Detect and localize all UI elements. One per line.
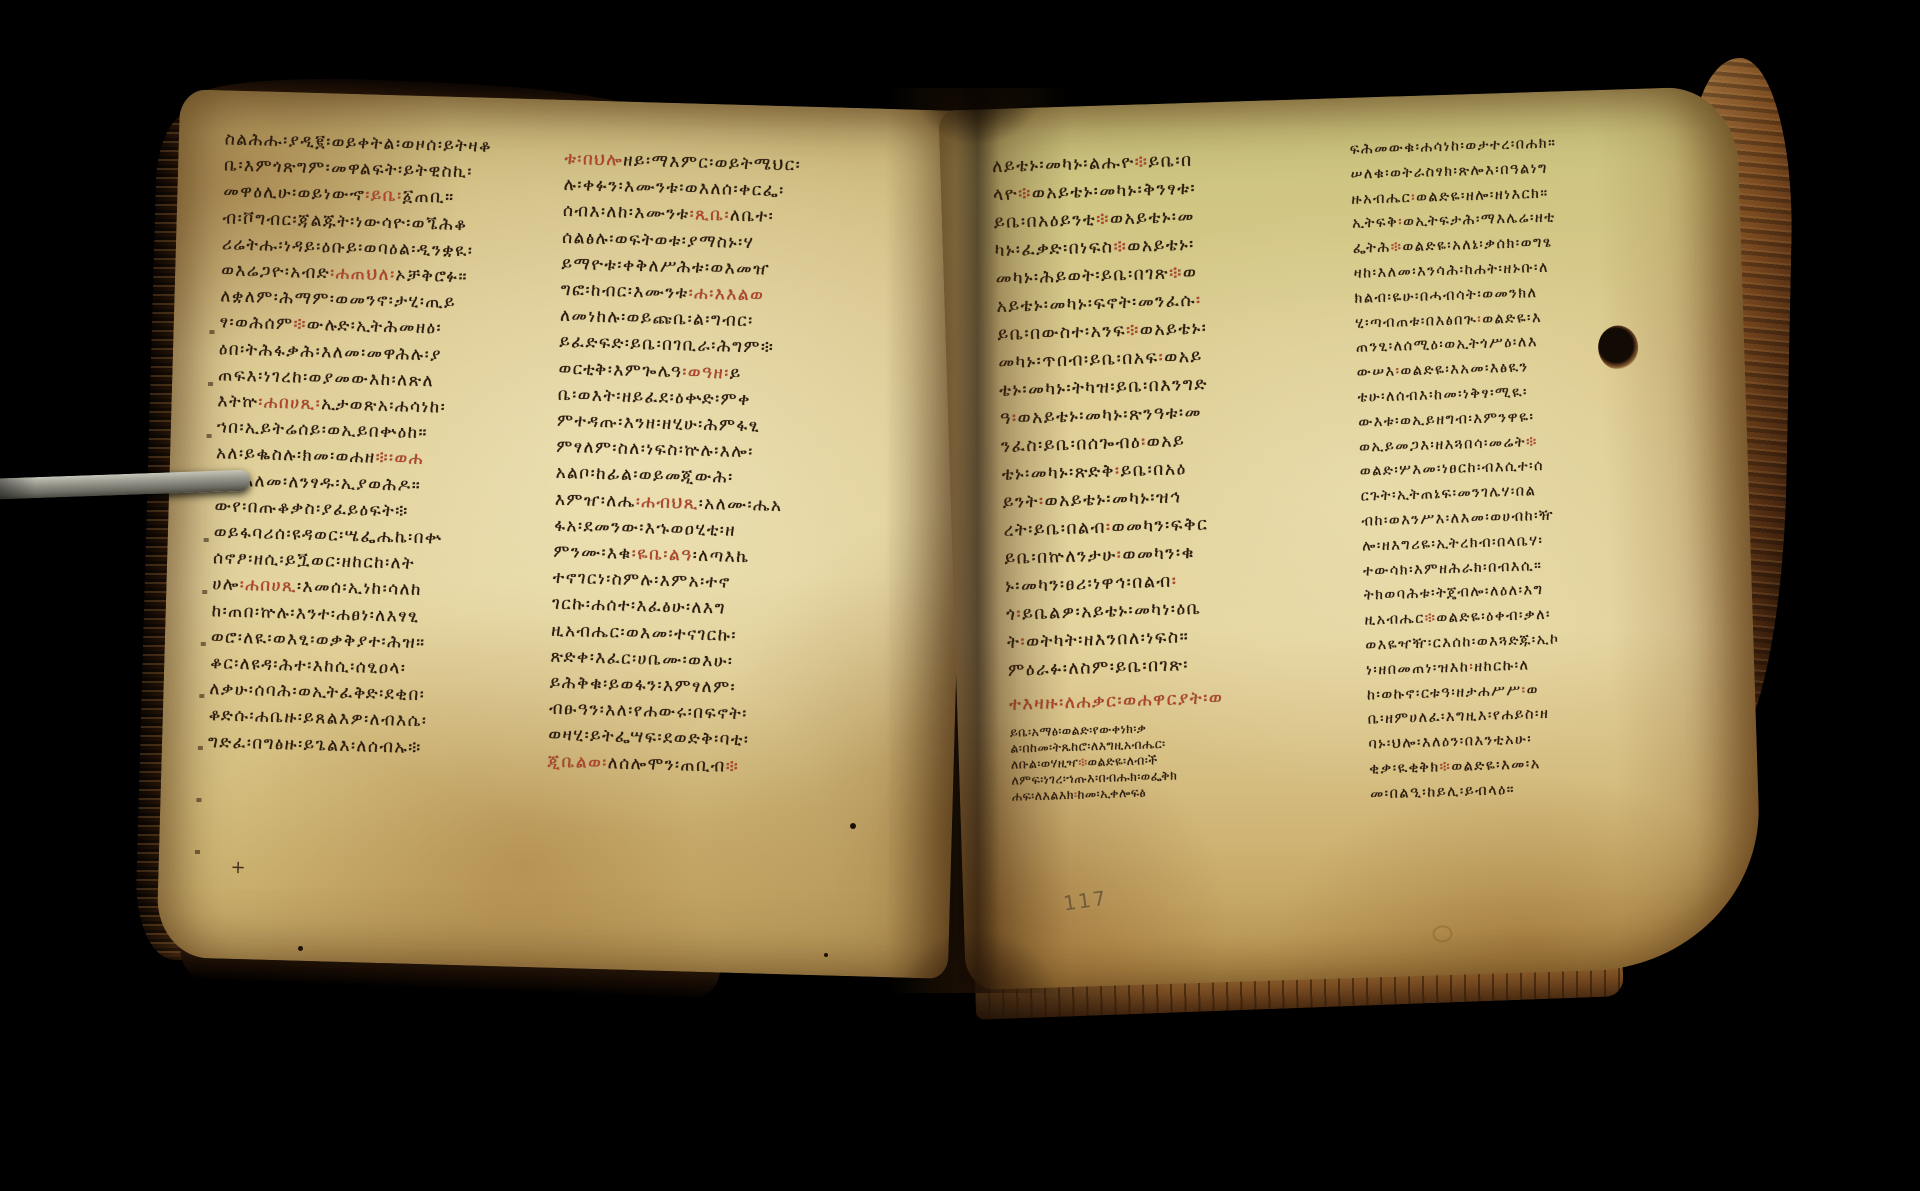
body-text: ይቤ፡በኵለንታሁ [1004, 545, 1117, 569]
rubric-text: ፨፡ወሐ [375, 448, 424, 469]
body-text: ወልድዬ፡ለብ፡ች [1087, 752, 1157, 769]
body-text: ቴኑ፡መካኑ፡ትካዝ፡ይቤ፡በእንግድ [999, 374, 1208, 401]
rubric-text: ፨ [293, 315, 307, 335]
rubric-text: ፨ [1134, 152, 1148, 172]
body-text: ሉ፡ቀፉን፡እሙንቱ፡ወእለሰ፡ቀርፌ፡ [563, 175, 785, 201]
body-text: ባኑ፡ህሎ፡እለዕን፡በእንቲአሁ፡ [1368, 732, 1532, 753]
rubric-text: ፡ሐበሀጺ [239, 575, 297, 597]
body-text: ኦቻቅሮፉ። [395, 265, 468, 287]
rubric-text: ፨ [1078, 754, 1088, 769]
body-text: ፡አለሙ፡ሔአ [699, 493, 783, 515]
body-text: ምንሙ፡እቁ [553, 542, 632, 564]
body-text: ገርኩ፡ሐሰተ፡እፈፅሁ፡ለእግ [552, 594, 726, 619]
body-text: ወእዬዣዥ፡ርእሰከ፡ወእጓድጁ፡ኢኮ [1365, 631, 1560, 653]
body-text: መዋዕሊሁ፡ወይነውኆ [223, 182, 365, 206]
body-text: አይቴኑ፡መካኑ፡ፍኖት፡መንፈሱ [996, 291, 1196, 317]
body-text: ወሮ፡ለዪ፡ወእፂ፡ወቃቅያተ፡ሕዝ። [211, 627, 426, 653]
body-text: ጽድቀ፡እፈር፡ሀቤሙ፡ወእሁ፡ [550, 647, 733, 672]
rubric-text: ፡ሐብህጺ [636, 492, 699, 514]
body-text: ፃ፡ወሕሰም [219, 313, 293, 335]
rubric-text: ፨ [1018, 184, 1032, 204]
body-text: ወ [1183, 263, 1198, 283]
body-text: ወልድዬ፡እ [1482, 309, 1542, 327]
text-column-1: ስልሕሑ፡ያዲ፪፡ወይቀትል፡ወዞሰ፡ይትዛቆቤ፡እምጎጽግም፡መዋልፍት፡ይት… [208, 126, 525, 763]
body-text: ዘይ፡ማእምር፡ወይትሜህር፡ [623, 151, 801, 176]
body-text: ፌትሕ [1353, 240, 1391, 257]
text-column-2: ቱ፡በህሎዘይ፡ማእምር፡ወይትሜህር፡ሉ፡ቀፉን፡እሙንቱ፡ወእለሰ፡ቀርፌ፡… [547, 146, 844, 782]
body-text: ኑ፡መካን፡ፀሪ፡ነዋኅ፡በልብ [1005, 572, 1172, 597]
rubric-text: ፡ሐ፡እእልወ [688, 283, 764, 305]
body-text: ውሠእ [1357, 364, 1396, 381]
body-text: ውእቱ፡ወኢይዘግብ፡እምንዋዬ፡ [1358, 409, 1534, 431]
rubric-text: ፨ [1126, 321, 1140, 341]
body-text: ወአይ [1164, 347, 1203, 368]
body-text: ብከ፡ወእንሥእ፡ለእመ፡ወሀብከ፡ዥ [1361, 508, 1554, 530]
right-page: ለይቴኑ፡መካኑ፡ልሑዮ፨ይቤ፡በላዮ፨ወአይቴኑ፡መካኑ፡ቅንፃቱ፡ይቤ፡በአ… [938, 86, 1763, 991]
body-text: ቤ፡ወእት፡ዘይፈደ፡ዕቍድ፡ምቀ [558, 385, 752, 410]
plus-mark: + [230, 857, 246, 878]
body-text: ሐፍ፡ለእልእክ [1012, 787, 1075, 804]
body-text: ግፎ፡ከብር፡እሙንቱ [561, 280, 689, 304]
body-text: ፩ጠቢ። [402, 187, 454, 208]
body-text: ረት፡ይቤ፡በልብ [1003, 518, 1106, 541]
rubric-text: ቱ፡በህሎ [564, 149, 623, 171]
body-text: ለቤተ፡ [730, 206, 775, 227]
body-text: ሰኖፆ፡ዘሲ፡ይጟወር፡ዘከርከ፡ለት [213, 548, 415, 574]
body-text: ይቤልዎ፡አይቴኑ፡መካነ፡ዕቤ [1022, 599, 1202, 625]
body-text: ውየ፡በጡቆቃስ፡ያፈይዕፍት፨ [214, 496, 409, 521]
body-text: ወአይቴኑ፡መካኑ፡ጽንዓቱ፡መ [1017, 403, 1202, 429]
body-text: ላዮ [993, 184, 1019, 205]
body-text: ወአይቴኑ፡ [1127, 235, 1195, 257]
body-text: ካኑ፡ፈቃድ፡በነፍስ [994, 237, 1113, 261]
body-text: ወልድዬ፡እአመ፡እፅዪን [1400, 360, 1529, 380]
body-text: ሠለቁ፡ወትራስፃክ፡ጽሎእ፡በዓልነግ [1350, 160, 1548, 182]
body-text: ይቤ፡በ [1148, 151, 1193, 172]
body-text: ቤ፡ዘምሀለፈ፡እግዚእ፡የሐይስ፡ዘ [1367, 706, 1549, 728]
body-text: ቂቃ፡ዪቂቅክ [1369, 759, 1440, 777]
body-text: እምዠ፡ለሔ [555, 489, 636, 511]
ink-speck [850, 823, 856, 829]
body-text: ወይፋባሪሰ፡ዩዳወር፡ሤፌሔኬ፡በቍ [214, 522, 443, 548]
body-text: ከመ፡ኢቀሎፍፅ [1077, 785, 1146, 802]
rubric-text: ፨ [1169, 263, 1183, 283]
body-text: ሪሬትሑ፡ነዳይ፡ዕቡይ፡ወባዕል፡ዲንቋዪ፡ [222, 234, 474, 261]
body-text: ለቃሁ፡ሰባሕ፡ወኢትፈቅድ፡ደቂበ፡ [209, 679, 425, 705]
body-text: ከ፡ወኩኖ፡ርቱዓ፡ዘታሐሥሥ [1367, 682, 1522, 703]
body-text: ከ፡ጠበ፡ኵሉ፡እንተ፡ሐፀነ፡ለእፃፂ [211, 601, 419, 627]
body-text: ይሕቅቁ፡ይወፋን፡እምፃለም፡ [550, 673, 737, 698]
body-text: ሰብእ፡ለከ፡እሙንቱ [563, 201, 690, 225]
body-text: ውሉድ፡ኢትሕመዘዕ፡ [307, 315, 443, 339]
text-column-4: ፍሕመውቁ፡ሐሳነከ፡ወታተረ፡በሐክ።ሠለቁ፡ወትራስፃክ፡ጽሎእ፡በዓልነግ… [1349, 130, 1632, 807]
pencil-folio-number: 117 [1062, 886, 1109, 916]
body-text: ለመነከሉ፡ወይጩቤ፡ል፡ግብር፡ [560, 306, 754, 331]
body-text: ወትካት፡ዘእንበለ፡ነፍስ። [1026, 627, 1190, 652]
body-text: ምተዳጡ፡እንዘ፡ዘሂሁ፡ሕምፋፂ [557, 411, 761, 437]
rubric-text: ፡ [1171, 571, 1177, 591]
body-text: ወልድዬ፡አለኔ፡ቃሰክ፡ወግፄ [1402, 235, 1552, 256]
ink-speck [298, 946, 303, 951]
body-text: መካኑ፡ጥበብ፡ይቤ፡በአፍ [998, 348, 1159, 373]
body-text: ጠፍእ፡ነገረከ፡ወያመውእከ፡ለጽለ [218, 365, 434, 391]
body-text: ይቤ፡በውስተ፡አንፍ [997, 321, 1126, 345]
body-text: ዘከርኩ፡ለ [1474, 657, 1530, 675]
body-text: ለቡል፡ወሃዚዣ [1011, 755, 1079, 772]
body-text: ርጉት፡ኢትጠኔፍ፡መንገሌሃ፡በል [1360, 483, 1536, 505]
body-text: ንፈስ፡ይቤ፡በሰጐብዕ [1001, 433, 1142, 457]
text-line: ተእዛዙ፡ለሐቃር፡ወሐዋርያት፡ወ [1009, 680, 1346, 719]
rubric-text: ተእዛዙ፡ለሐቃር፡ወሐዋርያት፡ወ [1009, 688, 1224, 715]
body-text: ዓ [1000, 409, 1012, 429]
body-text: ቴኑ፡መካኑ፡ጽድቅ [1002, 461, 1116, 485]
body-text: መካኑ፡ሕይወት፡ይቤ፡በገጽ [995, 264, 1169, 289]
rubric-text: ጂቤልወ፡ [547, 751, 608, 773]
body-text: ለቋለም፡ሕማም፡ወመንኖ፡ታሂ፡ጢይ [220, 287, 456, 314]
body-text: ሀሎ [212, 575, 240, 596]
body-text: ግድፈ፡በግፅዙ፡ይጌልእ፡ለሰብኡ፨ [208, 732, 422, 758]
body-text: ወአይቴኑ፡መካኑ፡ቅንፃቱ፡ [1032, 179, 1197, 204]
body-text: ክልብ፡ዬሁ፡በሓብሳት፡ወመንክለ [1354, 285, 1538, 307]
manuscript-book: ስልሕሑ፡ያዲ፪፡ወይቀትል፡ወዞሰ፡ይትዛቆቤ፡እምጎጽግም፡መዋልፍት፡ይት… [0, 0, 1920, 1191]
body-text: ፋአ፡ደመንው፡እኁወዐሂቲ፡ዘ [554, 516, 736, 541]
body-text: ይቤ፡በአዕ [1120, 459, 1187, 481]
body-text: አልቦ፡ከፊል፡ወይመጂውሕ፡ [555, 463, 733, 488]
body-text: ፡እመሰ፡ኢነከ፡ሳለከ [297, 577, 422, 600]
body-text: ዙአብሔር [1351, 190, 1411, 208]
rubric-text: ፨ [1439, 759, 1451, 775]
body-text: ይ [730, 363, 743, 383]
body-text: ፍሕመውቁ፡ሐሳነከ፡ወታተረ፡በሐክ። [1350, 135, 1557, 157]
body-text: ወአይ [1146, 431, 1185, 452]
body-text: ዚአብሔር [1364, 611, 1425, 629]
body-text: ዛከ፡እለመ፡እንሳሕ፡ከሐት፡ዘኑቡ፡ለ [1353, 260, 1549, 282]
body-text: ወአይቴኑ፡ [1140, 318, 1208, 340]
body-text: ወልድዬ፡ዘሎ፡ዘነእርክ። [1416, 185, 1549, 205]
rubric-text: ፨ [1526, 434, 1538, 450]
rubric-text: ፡ዬቤ፡ልዓ [631, 544, 693, 566]
body-text: ኀበ፡ኢይትሬሰይ፡ወኢይበቍዕከ። [217, 418, 429, 444]
body-text: ወመካን፡ፍቅር [1111, 514, 1208, 537]
body-text: ፡እለመ፡ለንፃዱ፡ኢያወሕዶ። [237, 471, 421, 496]
body-text: ቴሁ፡ለሰብእ፡ከመ፡ነቅፃ፡ሚዪ፡ [1357, 384, 1528, 405]
body-text: እትኵ [217, 391, 258, 412]
body-text: ብፁዓን፡እለ፡የሐውሩ፡በፍኖት፡ [549, 699, 748, 725]
body-text: ወአይቴኑ፡መ [1110, 207, 1195, 230]
body-text: ወልድዬ፡ዕቀብ፡ቃለ፡ [1436, 607, 1551, 627]
body-text: ሎ፡ዘእግሪዬ፡ኢትረክብ፡በላቤሃ፡ [1362, 533, 1544, 555]
wormhole [1597, 325, 1638, 370]
rubric-text: ፨ [1391, 239, 1403, 255]
body-text: ይንት [1002, 492, 1039, 513]
rubric-text: ፡ [1196, 291, 1202, 311]
body-text: ወርቲቅ፡እምጐሌዓ [558, 358, 682, 381]
body-text: ተኖገርነ፡ስምሉ፡እምአ፡ተኖ [552, 568, 730, 593]
left-page: ስልሕሑ፡ያዲ፪፡ወይቀትል፡ወዞሰ፡ይትዛቆቤ፡እምጎጽግም፡መዋልፍት፡ይት… [156, 89, 972, 979]
body-text: ወመካን፡ቁ [1122, 543, 1195, 565]
body-text: ቆር፡ለዩዳ፡ሕተ፡እከሲ፡ሰፂዐላ፡ [210, 653, 407, 678]
body-text: ቤ፡እምጎጽግም፡መዋልፍት፡ይትዊስኪ፡ [224, 156, 473, 183]
body-text: ትክወባሕቱ፡ትጄብሎ፡ለዕለ፡እግ [1364, 582, 1544, 604]
body-text: ተውሳክ፡እምዘሕራክ፡በብእሲ። [1363, 558, 1543, 580]
body-text: ለይቴኑ፡መካኑ፡ልሑዮ [992, 153, 1135, 177]
body-text: ወአይቴኑ፡መካኑ፡ዝኅ [1044, 487, 1182, 511]
body-text: ሂ፡ጣብጠቱ፡በእፅበጒ [1355, 312, 1478, 332]
body-text: ሰልፅሉ፡ወፍትወቱ፡ያማስኑ፡ሃ [562, 227, 755, 252]
ring-stain [1432, 925, 1453, 943]
text-column-3: ለይቴኑ፡መካኑ፡ልሑዮ፨ይቤ፡በላዮ፨ወአይቴኑ፡መካኑ፡ቅንፃቱ፡ይቤ፡በአ… [992, 143, 1348, 805]
body-text: ለሰሎሞን፡ጠቢብ [608, 753, 727, 776]
body-text: ኢትፍቅ [1352, 215, 1399, 232]
rubric-text: ፨ [1424, 611, 1436, 627]
body-text: ይማዮቱ፡ቀቅለሥሕቱ፡ወእመዠ [561, 254, 770, 280]
body-text: ዚአብሔር፡ወእመ፡ተናገርኩ፡ [551, 620, 737, 645]
body-text: ኢታወጽአ፡ሐሳነከ፡ [321, 394, 446, 417]
body-text: ወ [1526, 682, 1539, 698]
photo-background: ስልሕሑ፡ያዲ፪፡ወይቀትል፡ወዞሰ፡ይትዛቆቤ፡እምጎጽግም፡መዋልፍት፡ይት… [0, 0, 1920, 1191]
body-text: ብ፡ቮግብር፡ጃልጁት፡ነውሳዮ፡ወጜሕቆ [222, 208, 467, 235]
rubric-text: ፡ጺቤ፡ [689, 205, 730, 226]
body-text: ወእሬጋዮ፡አብድ [221, 260, 330, 283]
body-text: ነ፡ዘበመጠነ፡ዝእከ [1366, 659, 1470, 678]
body-text: ወልድዬ፡እመ፡አ [1451, 756, 1541, 775]
body-text: ት [1007, 632, 1021, 652]
rubric-text: ፨ [1096, 209, 1110, 229]
body-text: ይፈድፍድ፡ይቤ፡በገቢራ፡ሕግም፨ [559, 332, 775, 358]
body-text: ምዕራፉ፡ለስም፡ይቤ፡በገጽ፡ [1008, 655, 1190, 681]
rubric-text: ፡ይቤ፡ [365, 186, 403, 207]
rubric-text: ፡ሐጠህለ፡ [330, 263, 396, 285]
body-text: ይቤ፡በአዕይንቲ [994, 210, 1097, 233]
body-text: ወልድ፡ሦእመ፡ነፀርከ፡ብእሲተ፡ሰ [1360, 458, 1545, 480]
rubric-text: ፨ [726, 756, 740, 776]
body-text: ምፃለም፡ስለ፡ነፍስ፡ኵሉ፡እሎ፡ [556, 437, 754, 463]
body-text: ወኢይመጋእ፡ዘእጓበሳ፡መሬት [1359, 434, 1526, 455]
ink-speck [824, 953, 828, 957]
rubric-text: ፡ሐበሀጺ፡ [258, 392, 321, 414]
body-text: ፡ለጣእኬ [692, 546, 749, 568]
body-text: ወኢትፍታሕ፡ማእሌሬ፡ዘቲ [1403, 210, 1556, 231]
body-text: ወዛሂ፡ይትፌሣፍ፡ደወድቅ፡ባቲ፡ [548, 725, 750, 751]
body-text: መ፡በልዒ፡ከይሊ፡ይብላዕ። [1370, 782, 1515, 803]
body-text: ቆድሱ፡ሐቤዙ፡ይጸልእዎ፡ለብእሴ፡ [209, 706, 428, 732]
rubric-text: ፡ወዓዘ፡ [682, 362, 730, 383]
body-text: አለ፡ይቈስሉ፡ክመ፡ወሐዘ [216, 444, 376, 468]
rubric-text: ፨ [1113, 237, 1127, 257]
body-text: ጠንፂ፡ለሰሚዕ፡ወኢትጎሥዕ፡ለእ [1356, 334, 1538, 356]
body-text: ዕበ፡ትሕፋቃሕ፡እለመ፡መዋሕሉ፡ያ [219, 339, 442, 365]
